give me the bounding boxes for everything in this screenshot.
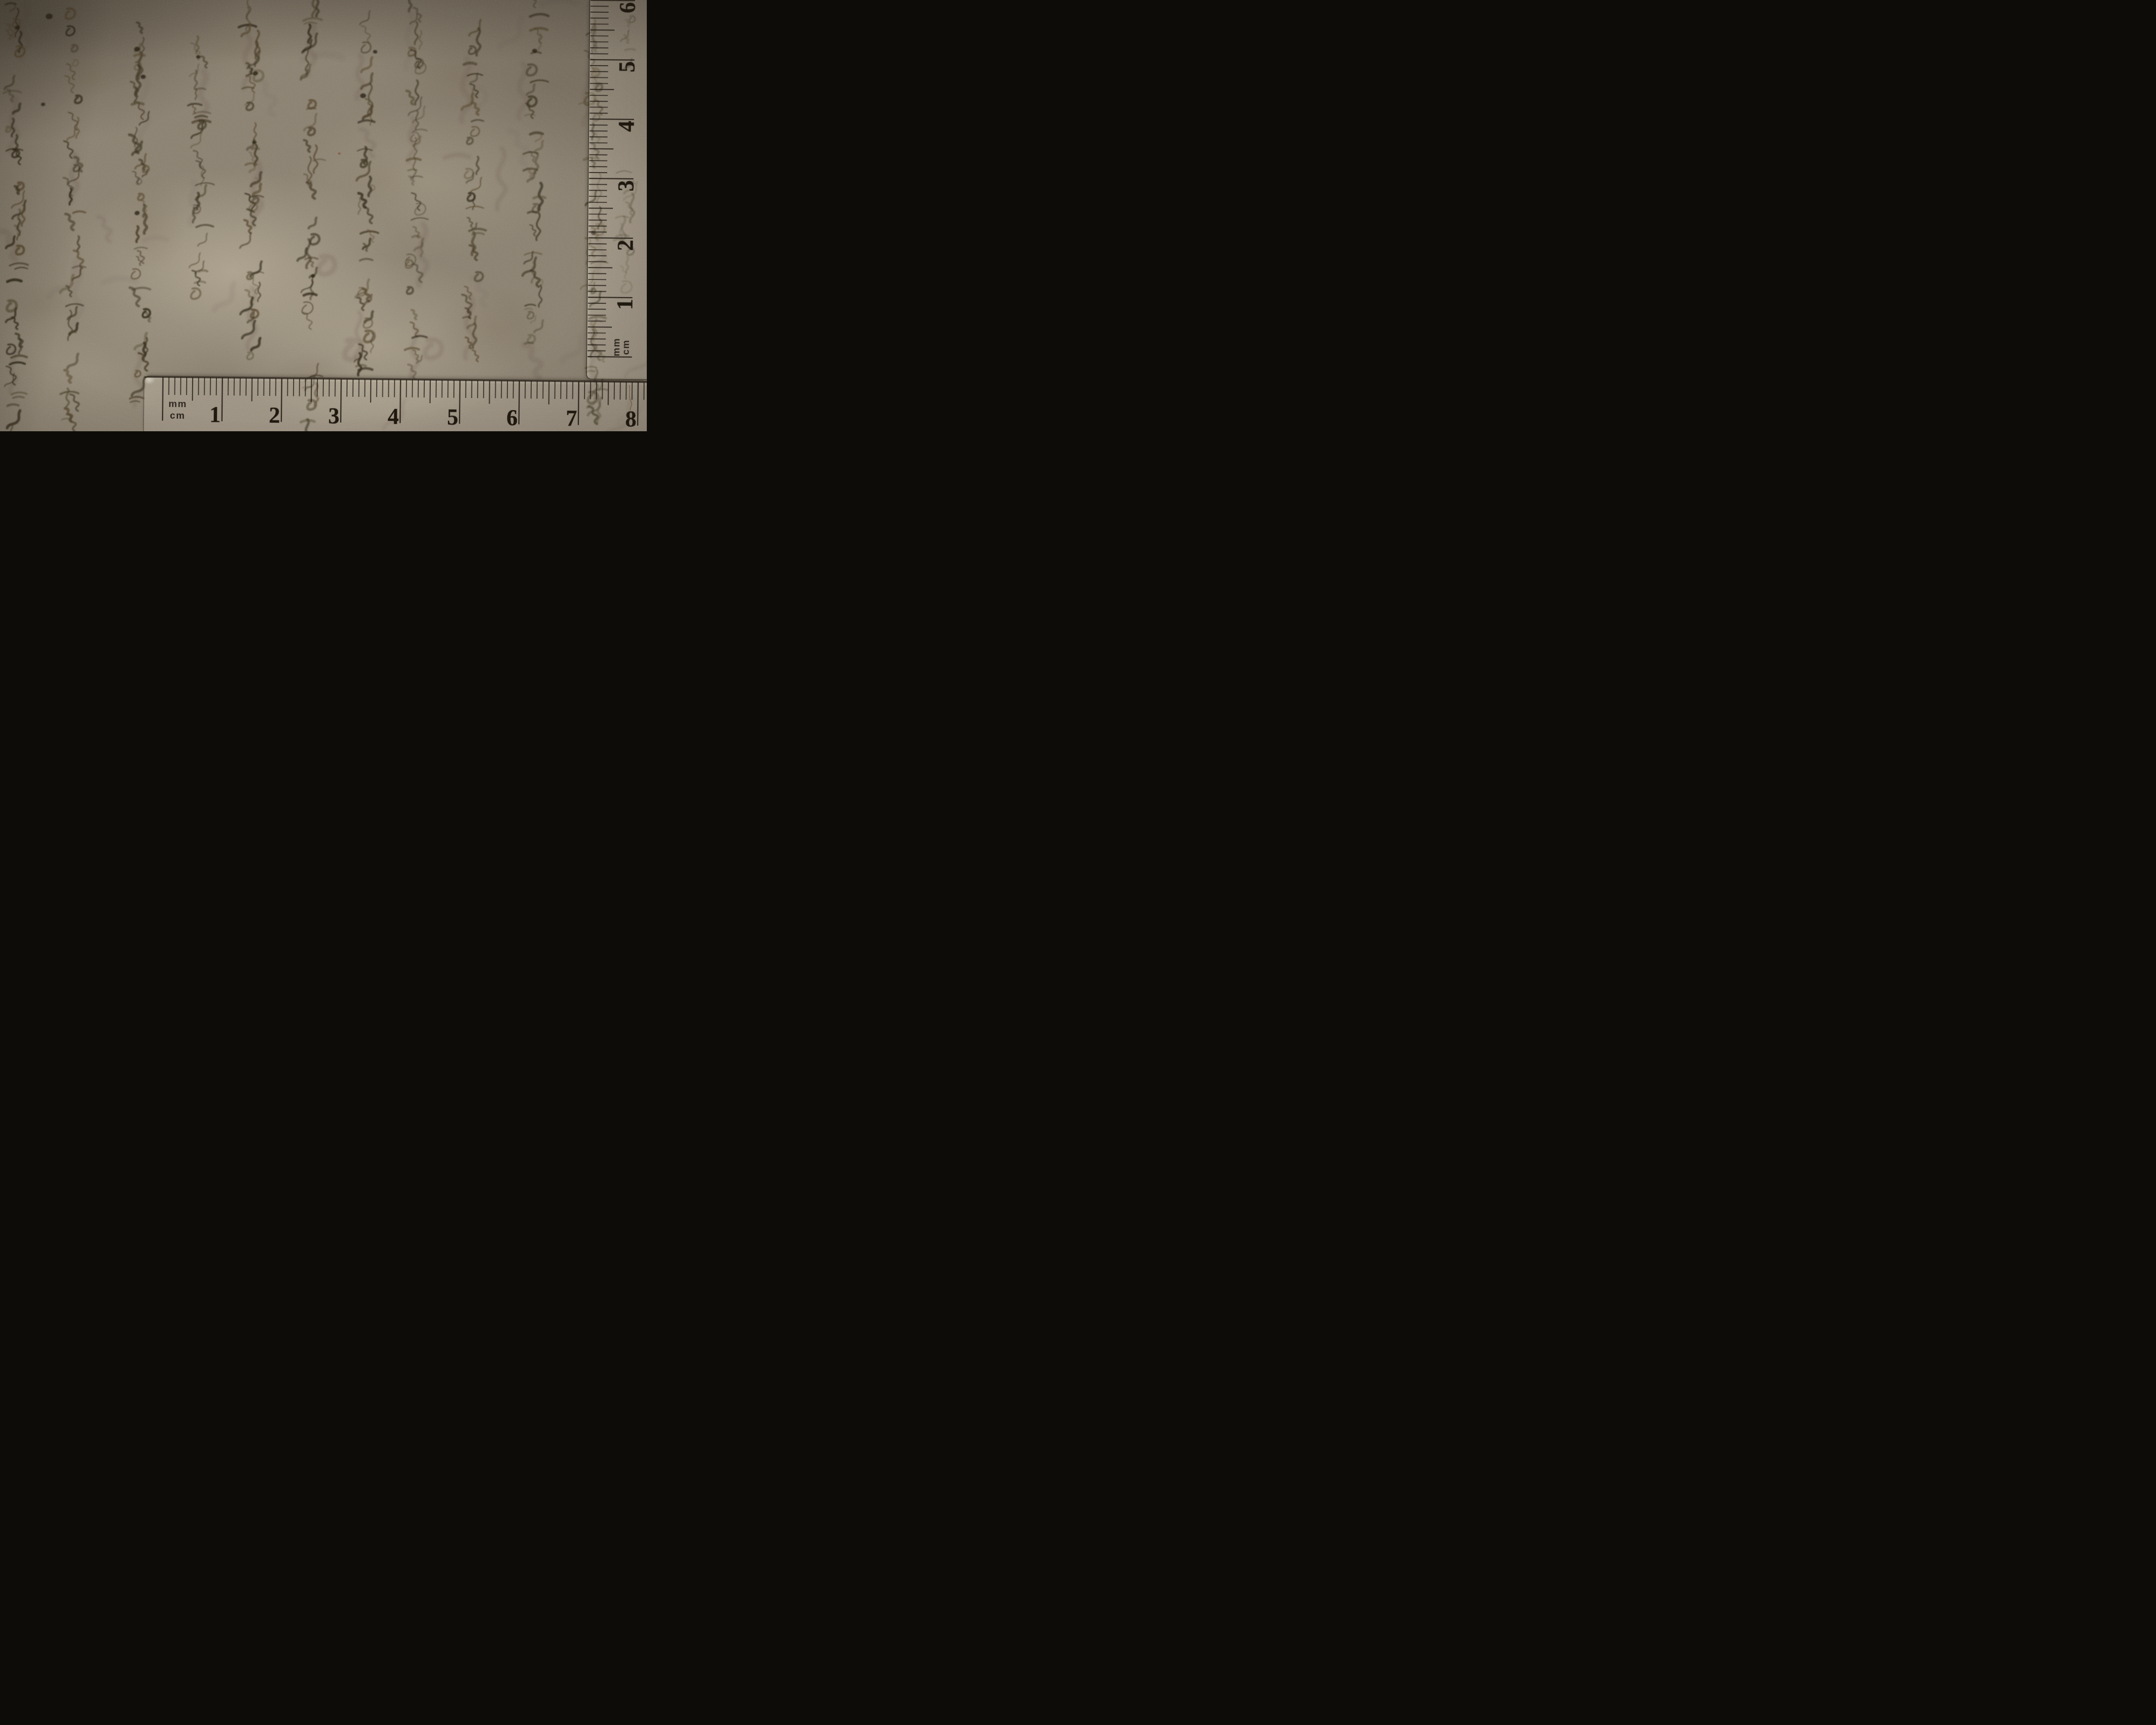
ink-stroke <box>196 183 214 185</box>
ink-stroke <box>411 218 428 220</box>
ink-stroke <box>528 212 536 213</box>
ink-stroke <box>66 214 74 230</box>
ink-stroke <box>412 310 417 320</box>
ink-stroke <box>527 312 534 319</box>
rust-fleck-icon <box>338 153 340 154</box>
v-ruler-number-3: 3 <box>615 175 638 196</box>
ink-stroke <box>10 263 28 266</box>
ink-stroke <box>530 14 548 17</box>
h-tick <box>489 380 490 404</box>
horizontal-ruler: 12345678 mm cm <box>143 376 647 431</box>
horizontal-ruler-mm-label: mm <box>165 399 191 409</box>
ink-stroke <box>407 159 421 160</box>
ink-stroke <box>7 280 21 282</box>
ink-stroke <box>530 225 536 236</box>
ink-stroke <box>364 207 373 223</box>
ink-stroke <box>416 111 418 130</box>
ink-stroke <box>75 96 82 103</box>
ink-stroke <box>73 60 78 66</box>
ink-stroke <box>361 42 371 53</box>
vertical-ruler-mm-label: mm <box>611 334 621 360</box>
ink-showthrough <box>425 340 442 358</box>
v-ruler-number-2: 2 <box>615 235 637 255</box>
ink-stroke <box>10 362 25 364</box>
ink-stroke <box>370 333 373 353</box>
ink-stroke <box>144 215 147 233</box>
ink-stroke <box>525 308 533 309</box>
h-ruler-number-3: 3 <box>323 405 345 427</box>
ink-stroke <box>360 259 373 260</box>
ink-stroke <box>530 80 548 82</box>
ink-stroke <box>3 91 21 93</box>
ink-stroke <box>60 392 78 394</box>
ink-stroke <box>133 172 139 184</box>
ink-stroke <box>357 298 364 310</box>
ink-stroke <box>539 285 542 307</box>
ink-stroke <box>316 0 318 16</box>
ink-stroke <box>356 365 366 367</box>
ink-stroke <box>191 289 201 299</box>
ink-showthrough <box>523 345 541 377</box>
ink-stroke <box>64 141 73 158</box>
ink-stroke <box>411 193 421 210</box>
ink-stroke <box>11 356 27 358</box>
ink-blotch <box>134 210 140 216</box>
ink-stroke <box>528 0 536 8</box>
ink-stroke <box>15 8 19 37</box>
ink-stroke <box>197 193 199 209</box>
ink-stroke <box>10 4 16 12</box>
h-tick <box>549 381 549 405</box>
ink-stroke <box>136 226 138 242</box>
ink-showthrough <box>519 63 527 119</box>
ink-stroke <box>76 118 79 138</box>
ink-stroke <box>72 45 78 52</box>
ink-blotch <box>373 50 378 54</box>
ink-stroke <box>534 320 543 332</box>
ink-stroke <box>415 80 419 105</box>
ink-stroke <box>412 236 420 237</box>
ink-showthrough <box>360 129 375 156</box>
ink-stroke <box>67 129 75 140</box>
ink-stroke <box>415 22 418 44</box>
ink-showthrough <box>257 79 276 115</box>
ink-stroke <box>360 11 370 25</box>
ink-stroke <box>467 74 483 76</box>
ink-stroke <box>240 233 251 248</box>
ink-stroke <box>420 31 422 49</box>
ink-stroke <box>407 287 413 294</box>
ink-showthrough <box>144 238 167 241</box>
ink-stroke <box>77 236 79 251</box>
ink-stroke <box>132 269 141 279</box>
ink-stroke <box>368 177 371 196</box>
ink-stroke <box>6 3 16 4</box>
ink-stroke <box>304 140 310 152</box>
ink-stroke <box>6 30 11 39</box>
ink-stroke <box>476 157 479 174</box>
ink-blotch <box>252 141 257 144</box>
ink-stroke <box>73 211 85 213</box>
ink-stroke <box>247 352 253 359</box>
ink-stroke <box>408 97 422 116</box>
ink-stroke <box>196 225 213 227</box>
ink-stroke <box>309 218 317 228</box>
h-tick <box>370 379 371 403</box>
ink-stroke <box>304 18 322 20</box>
h-tick <box>192 377 193 401</box>
ink-stroke <box>407 91 414 104</box>
ink-stroke <box>467 138 473 144</box>
ink-stroke <box>137 22 143 33</box>
ink-stroke <box>466 207 483 209</box>
ink-stroke <box>415 62 426 74</box>
h-tick <box>163 377 163 420</box>
ink-blotch <box>45 13 53 20</box>
ink-stroke <box>469 229 486 231</box>
ink-stroke <box>70 394 79 411</box>
ink-stroke <box>360 231 378 233</box>
ink-stroke <box>11 392 27 395</box>
ink-stroke <box>7 405 19 406</box>
ink-stroke <box>406 260 413 268</box>
ink-showthrough <box>345 340 362 360</box>
ink-stroke <box>198 233 207 246</box>
ink-stroke <box>66 9 75 19</box>
ink-showthrough <box>303 55 342 60</box>
ink-showthrough <box>499 19 522 49</box>
ink-stroke <box>525 114 535 116</box>
ink-stroke <box>67 354 78 368</box>
ink-stroke <box>15 226 20 235</box>
ink-showthrough <box>214 284 234 310</box>
ink-stroke <box>130 288 140 306</box>
ink-stroke <box>471 120 483 122</box>
v-ruler-number-6: 6 <box>617 0 639 18</box>
ink-stroke <box>358 198 360 214</box>
h-ruler-number-5: 5 <box>442 406 464 429</box>
ink-stroke <box>312 0 316 17</box>
ink-showthrough <box>103 278 136 282</box>
ink-stroke <box>190 64 199 76</box>
v-ruler-number-4: 4 <box>616 116 638 137</box>
h-ruler-number-4: 4 <box>383 406 404 428</box>
h-ruler-number-1: 1 <box>205 404 226 426</box>
ink-stroke <box>7 411 20 428</box>
ink-showthrough <box>406 15 414 69</box>
h-ruler-number-7: 7 <box>561 408 582 430</box>
ink-showthrough <box>445 155 469 158</box>
ink-stroke <box>251 338 260 350</box>
ink-stroke <box>411 176 423 178</box>
h-tick <box>311 379 312 402</box>
photo-of-manuscript-with-rulers: 12345678 mm cm 654321 mm cm <box>0 0 647 431</box>
h-ruler-number-6: 6 <box>501 407 523 430</box>
ink-showthrough <box>562 333 583 362</box>
ink-stroke <box>525 304 536 306</box>
ink-stroke <box>359 368 373 370</box>
ink-stroke <box>529 152 535 162</box>
h-ruler-number-2: 2 <box>264 405 285 427</box>
ink-showthrough <box>461 59 470 122</box>
vertical-ruler-cm-label: cm <box>621 334 631 360</box>
ink-stroke <box>527 64 537 75</box>
ink-stroke <box>258 282 260 301</box>
ink-stroke <box>188 104 202 106</box>
vertical-ruler: 654321 mm cm <box>586 0 647 380</box>
ink-stroke <box>467 218 473 227</box>
ink-showthrough <box>465 296 474 359</box>
ink-stroke <box>465 169 473 178</box>
ink-showthrough <box>357 56 363 99</box>
ink-stroke <box>539 34 541 50</box>
ink-stroke <box>13 397 24 398</box>
ink-stroke <box>195 282 205 283</box>
ink-stroke <box>307 239 311 268</box>
ink-stroke <box>65 370 71 383</box>
ink-stroke <box>409 0 411 11</box>
ink-showthrough <box>319 256 335 274</box>
ink-stroke <box>361 26 370 43</box>
ink-stroke <box>471 127 479 136</box>
ink-stroke <box>359 193 366 207</box>
ink-stroke <box>527 85 535 95</box>
ink-blotch <box>41 102 45 107</box>
h-tick <box>252 378 252 401</box>
ink-stroke <box>536 133 542 142</box>
h-tick <box>608 382 608 405</box>
ink-blotch <box>360 93 366 98</box>
ink-stroke <box>135 248 147 249</box>
ink-stroke <box>143 166 149 172</box>
ink-stroke <box>310 375 323 377</box>
ink-stroke <box>414 129 427 131</box>
ink-stroke <box>241 298 253 314</box>
ink-stroke <box>530 28 547 31</box>
ink-stroke <box>303 313 312 329</box>
ink-stroke <box>308 128 315 135</box>
ink-stroke <box>201 56 207 68</box>
ink-stroke <box>469 46 476 54</box>
v-ruler-number-5: 5 <box>616 56 639 77</box>
v-ruler-number-1: 1 <box>614 294 636 315</box>
ink-showthrough <box>497 148 506 209</box>
ink-stroke <box>60 275 73 292</box>
ink-stroke <box>310 280 313 300</box>
ink-stroke <box>4 76 14 89</box>
ink-stroke <box>6 127 11 132</box>
ink-showthrough <box>98 217 111 241</box>
ink-stroke <box>22 205 25 226</box>
ink-showthrough <box>509 131 527 165</box>
ink-stroke <box>536 213 540 240</box>
ink-stroke <box>136 257 141 265</box>
ink-stroke <box>196 161 205 178</box>
ink-stroke <box>476 28 480 55</box>
ink-stroke <box>15 267 28 269</box>
ink-stroke <box>132 103 143 104</box>
ink-stroke <box>198 270 207 272</box>
horizontal-ruler-cm-label: cm <box>165 411 191 421</box>
calligraphy-ink-layer <box>0 0 647 431</box>
ink-stroke <box>359 120 375 122</box>
ink-stroke <box>142 38 144 54</box>
h-ruler-number-8: 8 <box>620 408 642 431</box>
ink-stroke <box>535 141 543 152</box>
ink-stroke <box>138 194 144 200</box>
ink-stroke <box>189 253 200 267</box>
ink-stroke <box>412 336 427 338</box>
ink-stroke <box>310 234 319 245</box>
ink-showthrough <box>542 0 576 4</box>
ink-stroke <box>254 123 257 140</box>
ink-stroke <box>313 159 326 161</box>
ink-stroke <box>249 152 254 161</box>
ink-stroke <box>473 350 479 361</box>
ink-showthrough-group <box>2 0 647 431</box>
ink-stroke <box>250 164 255 172</box>
ink-stroke <box>470 73 478 84</box>
ink-stroke <box>408 169 417 171</box>
h-tick <box>430 380 430 403</box>
ink-stroke <box>17 182 24 189</box>
ink-stroke <box>247 103 254 110</box>
ink-stroke <box>304 294 317 295</box>
ink-stroke <box>16 246 24 254</box>
ink-stroke <box>66 26 75 36</box>
